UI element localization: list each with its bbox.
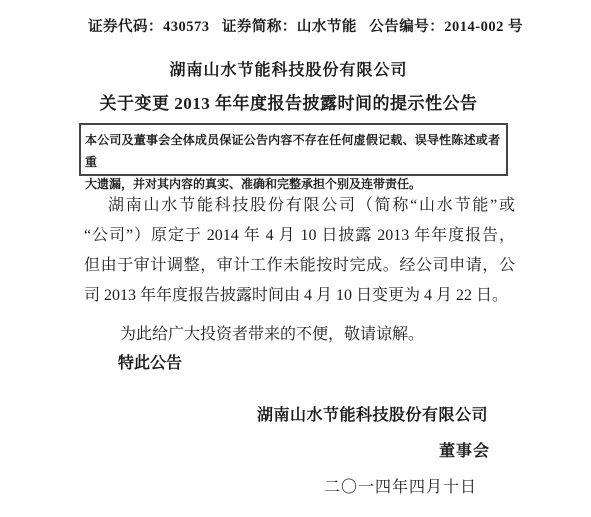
disclaimer-line: 本公司及董事会全体成员保证公告内容不存在任何虚假记载、误导性陈述或者重 [85,129,500,173]
paragraph-line: 司 2013 年年度报告披露时间由 4 月 10 日变更为 4 月 22 日。 [84,281,515,311]
signature-board-of-directors: 董事会 [439,437,490,467]
paragraph-line: “公司”）原定于 2014 年 4 月 10 日披露 2013 年年度报告， [84,221,515,251]
announcement-subject-title: 关于变更 2013 年年度报告披露时间的提示性公告 [0,89,577,114]
disclaimer-box: 本公司及董事会全体成员保证公告内容不存在任何虚假记载、误导性陈述或者重 大遗漏，… [79,123,508,176]
paragraph-line: 但由于审计调整，审计工作未能按时完成。经公司申请，公 [84,251,515,281]
company-name-title: 湖南山水节能科技股份有限公司 [0,57,577,80]
closing-statement: 特此公告 [84,349,384,379]
announcement-document-page: 证券代码：430573 证券简称：山水节能 公告编号：2014-002 号 湖南… [0,0,591,517]
main-paragraph: 湖南山水节能科技股份有限公司（简称“山水节能”或 “公司”）原定于 2014 年… [84,191,515,311]
securities-info-line: 证券代码：430573 证券简称：山水节能 公告编号：2014-002 号 [88,15,523,36]
apology-paragraph: 为此给广大投资者带来的不便，敬请谅解。 [84,320,515,350]
signature-company-name: 湖南山水节能科技股份有限公司 [257,401,488,431]
paragraph-line: 湖南山水节能科技股份有限公司（简称“山水节能”或 [84,191,515,221]
signature-date: 二〇一四年四月十日 [324,473,477,503]
